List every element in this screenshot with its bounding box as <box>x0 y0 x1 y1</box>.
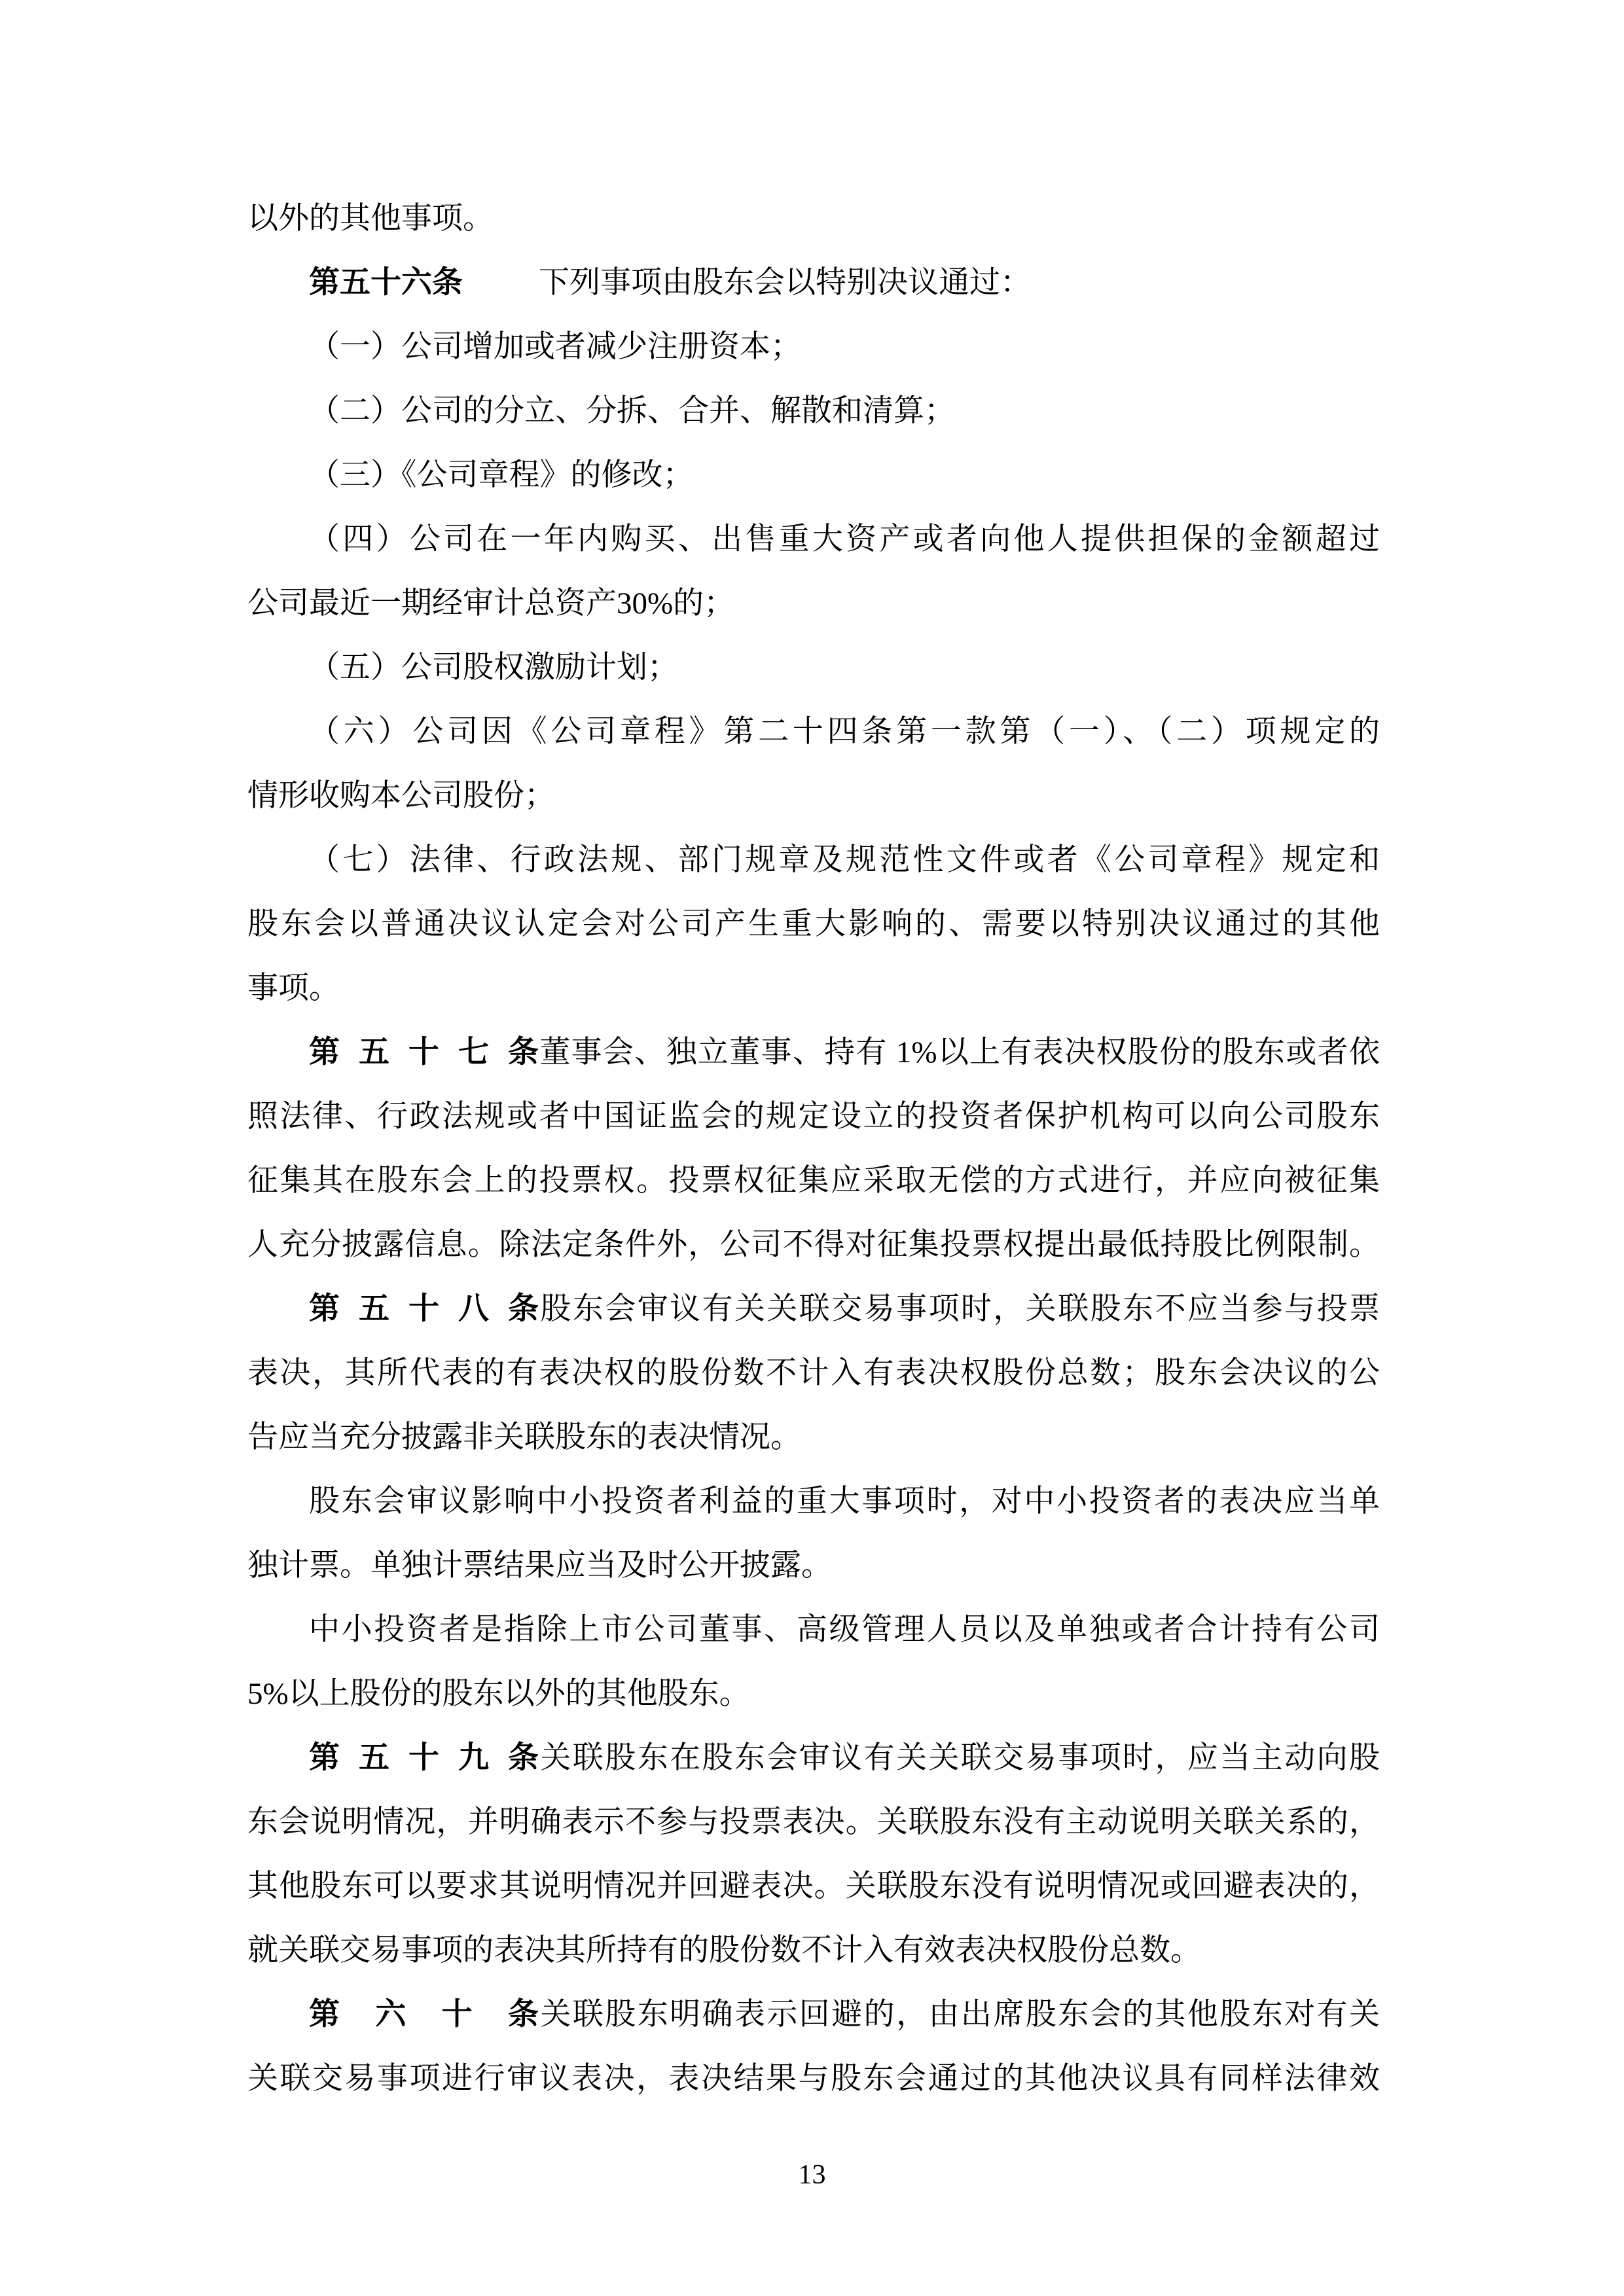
article-text: 关联股东在股东会审议有关关联交易事项时，应当主动向股 <box>539 1741 1380 1775</box>
text-line-flush: 事项。 <box>247 956 1380 1020</box>
text-line-item: （二）公司的分立、分拆、合并、解散和清算； <box>247 379 1380 443</box>
text-line-flush: 就关联交易事项的表决其所持有的股份数不计入有效表决权股份总数。 <box>247 1918 1380 1982</box>
article-text: 下列事项由股东会以特别决议通过： <box>539 266 1031 300</box>
article-number: 第五十六条 <box>309 251 539 315</box>
text-line-flush: 其他股东可以要求其说明情况并回避表决。关联股东没有说明情况或回避表决的， <box>247 1854 1380 1918</box>
text-line-flush: 股东会以普通决议认定会对公司产生重大影响的、需要以特别决议通过的其他 <box>247 892 1380 956</box>
text-line-item: （四）公司在一年内购买、出售重大资产或者向他人提供担保的金额超过 <box>247 507 1380 571</box>
text-line-flush: 告应当充分披露非关联股东的表决情况。 <box>247 1405 1380 1469</box>
article-number: 第五十九条 <box>309 1726 539 1790</box>
document-page: 以外的其他事项。第五十六条下列事项由股东会以特别决议通过：（一）公司增加或者减少… <box>0 0 1624 2296</box>
page-number: 13 <box>0 2145 1624 2204</box>
text-line-flush: 人充分披露信息。除法定条件外，公司不得对征集投票权提出最低持股比例限制。 <box>247 1213 1380 1277</box>
text-line-flush: 公司最近一期经审计总资产30%的； <box>247 571 1380 636</box>
text-line-item: （五）公司股权激励计划； <box>247 636 1380 700</box>
text-line-flush: 独计票。单独计票结果应当及时公开披露。 <box>247 1534 1380 1598</box>
text-line-para: 中小投资者是指除上市公司董事、高级管理人员以及单独或者合计持有公司 <box>247 1598 1380 1662</box>
article-number: 第五十八条 <box>309 1277 539 1341</box>
text-line-item: （三）《公司章程》的修改； <box>247 443 1380 507</box>
text-line-flush: 征集其在股东会上的投票权。投票权征集应采取无偿的方式进行，并应向被征集 <box>247 1149 1380 1213</box>
text-line-flush: 东会说明情况，并明确表示不参与投票表决。关联股东没有主动说明关联关系的， <box>247 1790 1380 1854</box>
text-line-flush: 表决，其所代表的有表决权的股份数不计入有表决权股份总数；股东会决议的公 <box>247 1341 1380 1405</box>
text-line-item: （七）法律、行政法规、部门规章及规范性文件或者《公司章程》规定和 <box>247 828 1380 892</box>
text-line-flush: 情形收购本公司股份； <box>247 764 1380 828</box>
text-line-article: 第六十条关联股东明确表示回避的，由出席股东会的其他股东对有关 <box>247 1982 1380 2047</box>
text-line-para: 股东会审议影响中小投资者利益的重大事项时，对中小投资者的表决应当单 <box>247 1469 1380 1534</box>
article-number: 第五十七条 <box>309 1020 539 1085</box>
article-number: 第六十条 <box>309 1982 539 2047</box>
text-line-article: 第五十八条股东会审议有关关联交易事项时，关联股东不应当参与投票 <box>247 1277 1380 1341</box>
text-line-article: 第五十七条董事会、独立董事、持有 1%以上有表决权股份的股东或者依 <box>247 1020 1380 1085</box>
text-line-flush: 5%以上股份的股东以外的其他股东。 <box>247 1662 1380 1726</box>
text-line-item: （六）公司因《公司章程》第二十四条第一款第（一）、（二）项规定的 <box>247 700 1380 764</box>
article-text: 关联股东明确表示回避的，由出席股东会的其他股东对有关 <box>539 1998 1380 2032</box>
text-line-article: 第五十六条下列事项由股东会以特别决议通过： <box>247 251 1380 315</box>
text-line-article: 第五十九条关联股东在股东会审议有关关联交易事项时，应当主动向股 <box>247 1726 1380 1790</box>
text-line-flush: 以外的其他事项。 <box>247 187 1380 251</box>
text-line-item: （一）公司增加或者减少注册资本； <box>247 315 1380 379</box>
article-text: 董事会、独立董事、持有 1%以上有表决权股份的股东或者依 <box>539 1035 1380 1069</box>
article-text: 股东会审议有关关联交易事项时，关联股东不应当参与投票 <box>539 1292 1380 1326</box>
document-body: 以外的其他事项。第五十六条下列事项由股东会以特别决议通过：（一）公司增加或者减少… <box>247 187 1380 2111</box>
text-line-flush: 关联交易事项进行审议表决，表决结果与股东会通过的其他决议具有同样法律效 <box>247 2047 1380 2111</box>
text-line-flush: 照法律、行政法规或者中国证监会的规定设立的投资者保护机构可以向公司股东 <box>247 1085 1380 1149</box>
